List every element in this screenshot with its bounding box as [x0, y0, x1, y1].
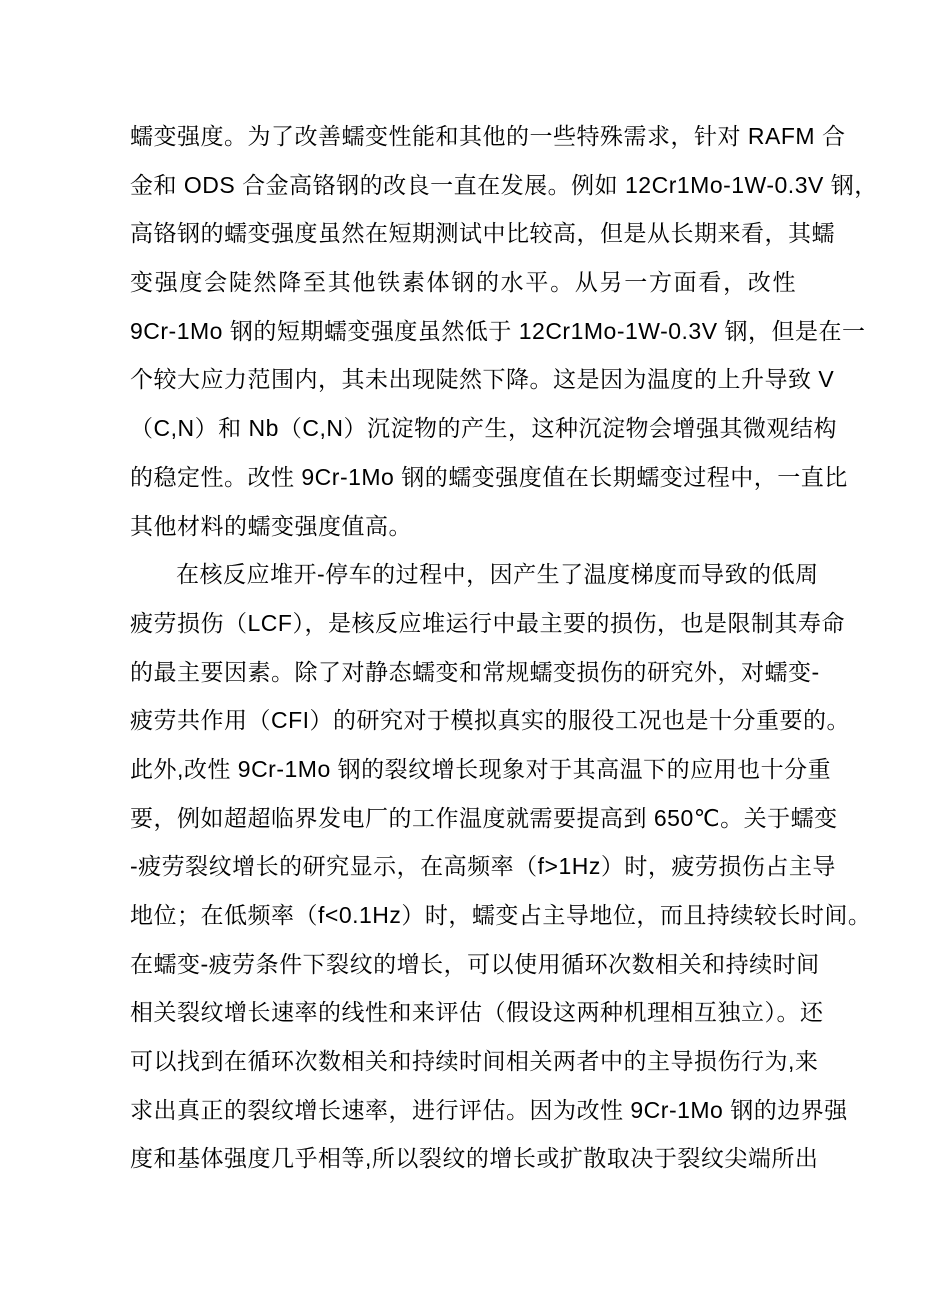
- text-line-paragraph-start: 在核反应堆开-停车的过程中，因产生了温度梯度而导致的低周: [130, 550, 796, 599]
- text-line: 可以找到在循环次数相关和持续时间相关两者中的主导损伤行为,来: [130, 1037, 796, 1086]
- body-text: 蠕变强度。为了改善蠕变性能和其他的一些特殊需求，针对 RAFM 合 金和 ODS…: [130, 112, 796, 1183]
- text-line: 高铬钢的蠕变强度虽然在短期测试中比较高，但是从长期来看，其蠕: [130, 209, 796, 258]
- text-line-paragraph-end: 其他材料的蠕变强度值高。: [130, 502, 796, 551]
- text-line: -疲劳裂纹增长的研究显示，在高频率（f>1Hz）时，疲劳损伤占主导: [130, 842, 796, 891]
- text-line: 蠕变强度。为了改善蠕变性能和其他的一些特殊需求，针对 RAFM 合: [130, 112, 796, 161]
- text-line: 地位；在低频率（f<0.1Hz）时，蠕变占主导地位，而且持续较长时间。: [130, 891, 796, 940]
- text-line: 变强度会陡然降至其他铁素体钢的水平。从另一方面看，改性: [130, 258, 796, 307]
- text-line: 的最主要因素。除了对静态蠕变和常规蠕变损伤的研究外，对蠕变-: [130, 648, 796, 697]
- text-line: 的稳定性。改性 9Cr-1Mo 钢的蠕变强度值在长期蠕变过程中，一直比: [130, 453, 796, 502]
- document-page: 蠕变强度。为了改善蠕变性能和其他的一些特殊需求，针对 RAFM 合 金和 ODS…: [0, 0, 926, 1309]
- text-line: 此外,改性 9Cr-1Mo 钢的裂纹增长现象对于其高温下的应用也十分重: [130, 745, 796, 794]
- text-line: 疲劳共作用（CFI）的研究对于模拟真实的服役工况也是十分重要的。: [130, 696, 796, 745]
- text-line: 求出真正的裂纹增长速率，进行评估。因为改性 9Cr-1Mo 钢的边界强: [130, 1086, 796, 1135]
- text-line: 要，例如超超临界发电厂的工作温度就需要提高到 650℃。关于蠕变: [130, 794, 796, 843]
- text-line: 9Cr-1Mo 钢的短期蠕变强度虽然低于 12Cr1Mo-1W-0.3V 钢，但…: [130, 307, 796, 356]
- text-line: 金和 ODS 合金高铬钢的改良一直在发展。例如 12Cr1Mo-1W-0.3V …: [130, 161, 796, 210]
- text-line: 相关裂纹增长速率的线性和来评估（假设这两种机理相互独立）。还: [130, 988, 796, 1037]
- text-line: 度和基体强度几乎相等,所以裂纹的增长或扩散取决于裂纹尖端所出: [130, 1134, 796, 1183]
- text-line: 疲劳损伤（LCF），是核反应堆运行中最主要的损伤，也是限制其寿命: [130, 599, 796, 648]
- text-line: （C,N）和 Nb（C,N）沉淀物的产生，这种沉淀物会增强其微观结构: [130, 404, 796, 453]
- text-line: 个较大应力范围内，其未出现陡然下降。这是因为温度的上升导致 V: [130, 355, 796, 404]
- text-line: 在蠕变-疲劳条件下裂纹的增长，可以使用循环次数相关和持续时间: [130, 940, 796, 989]
